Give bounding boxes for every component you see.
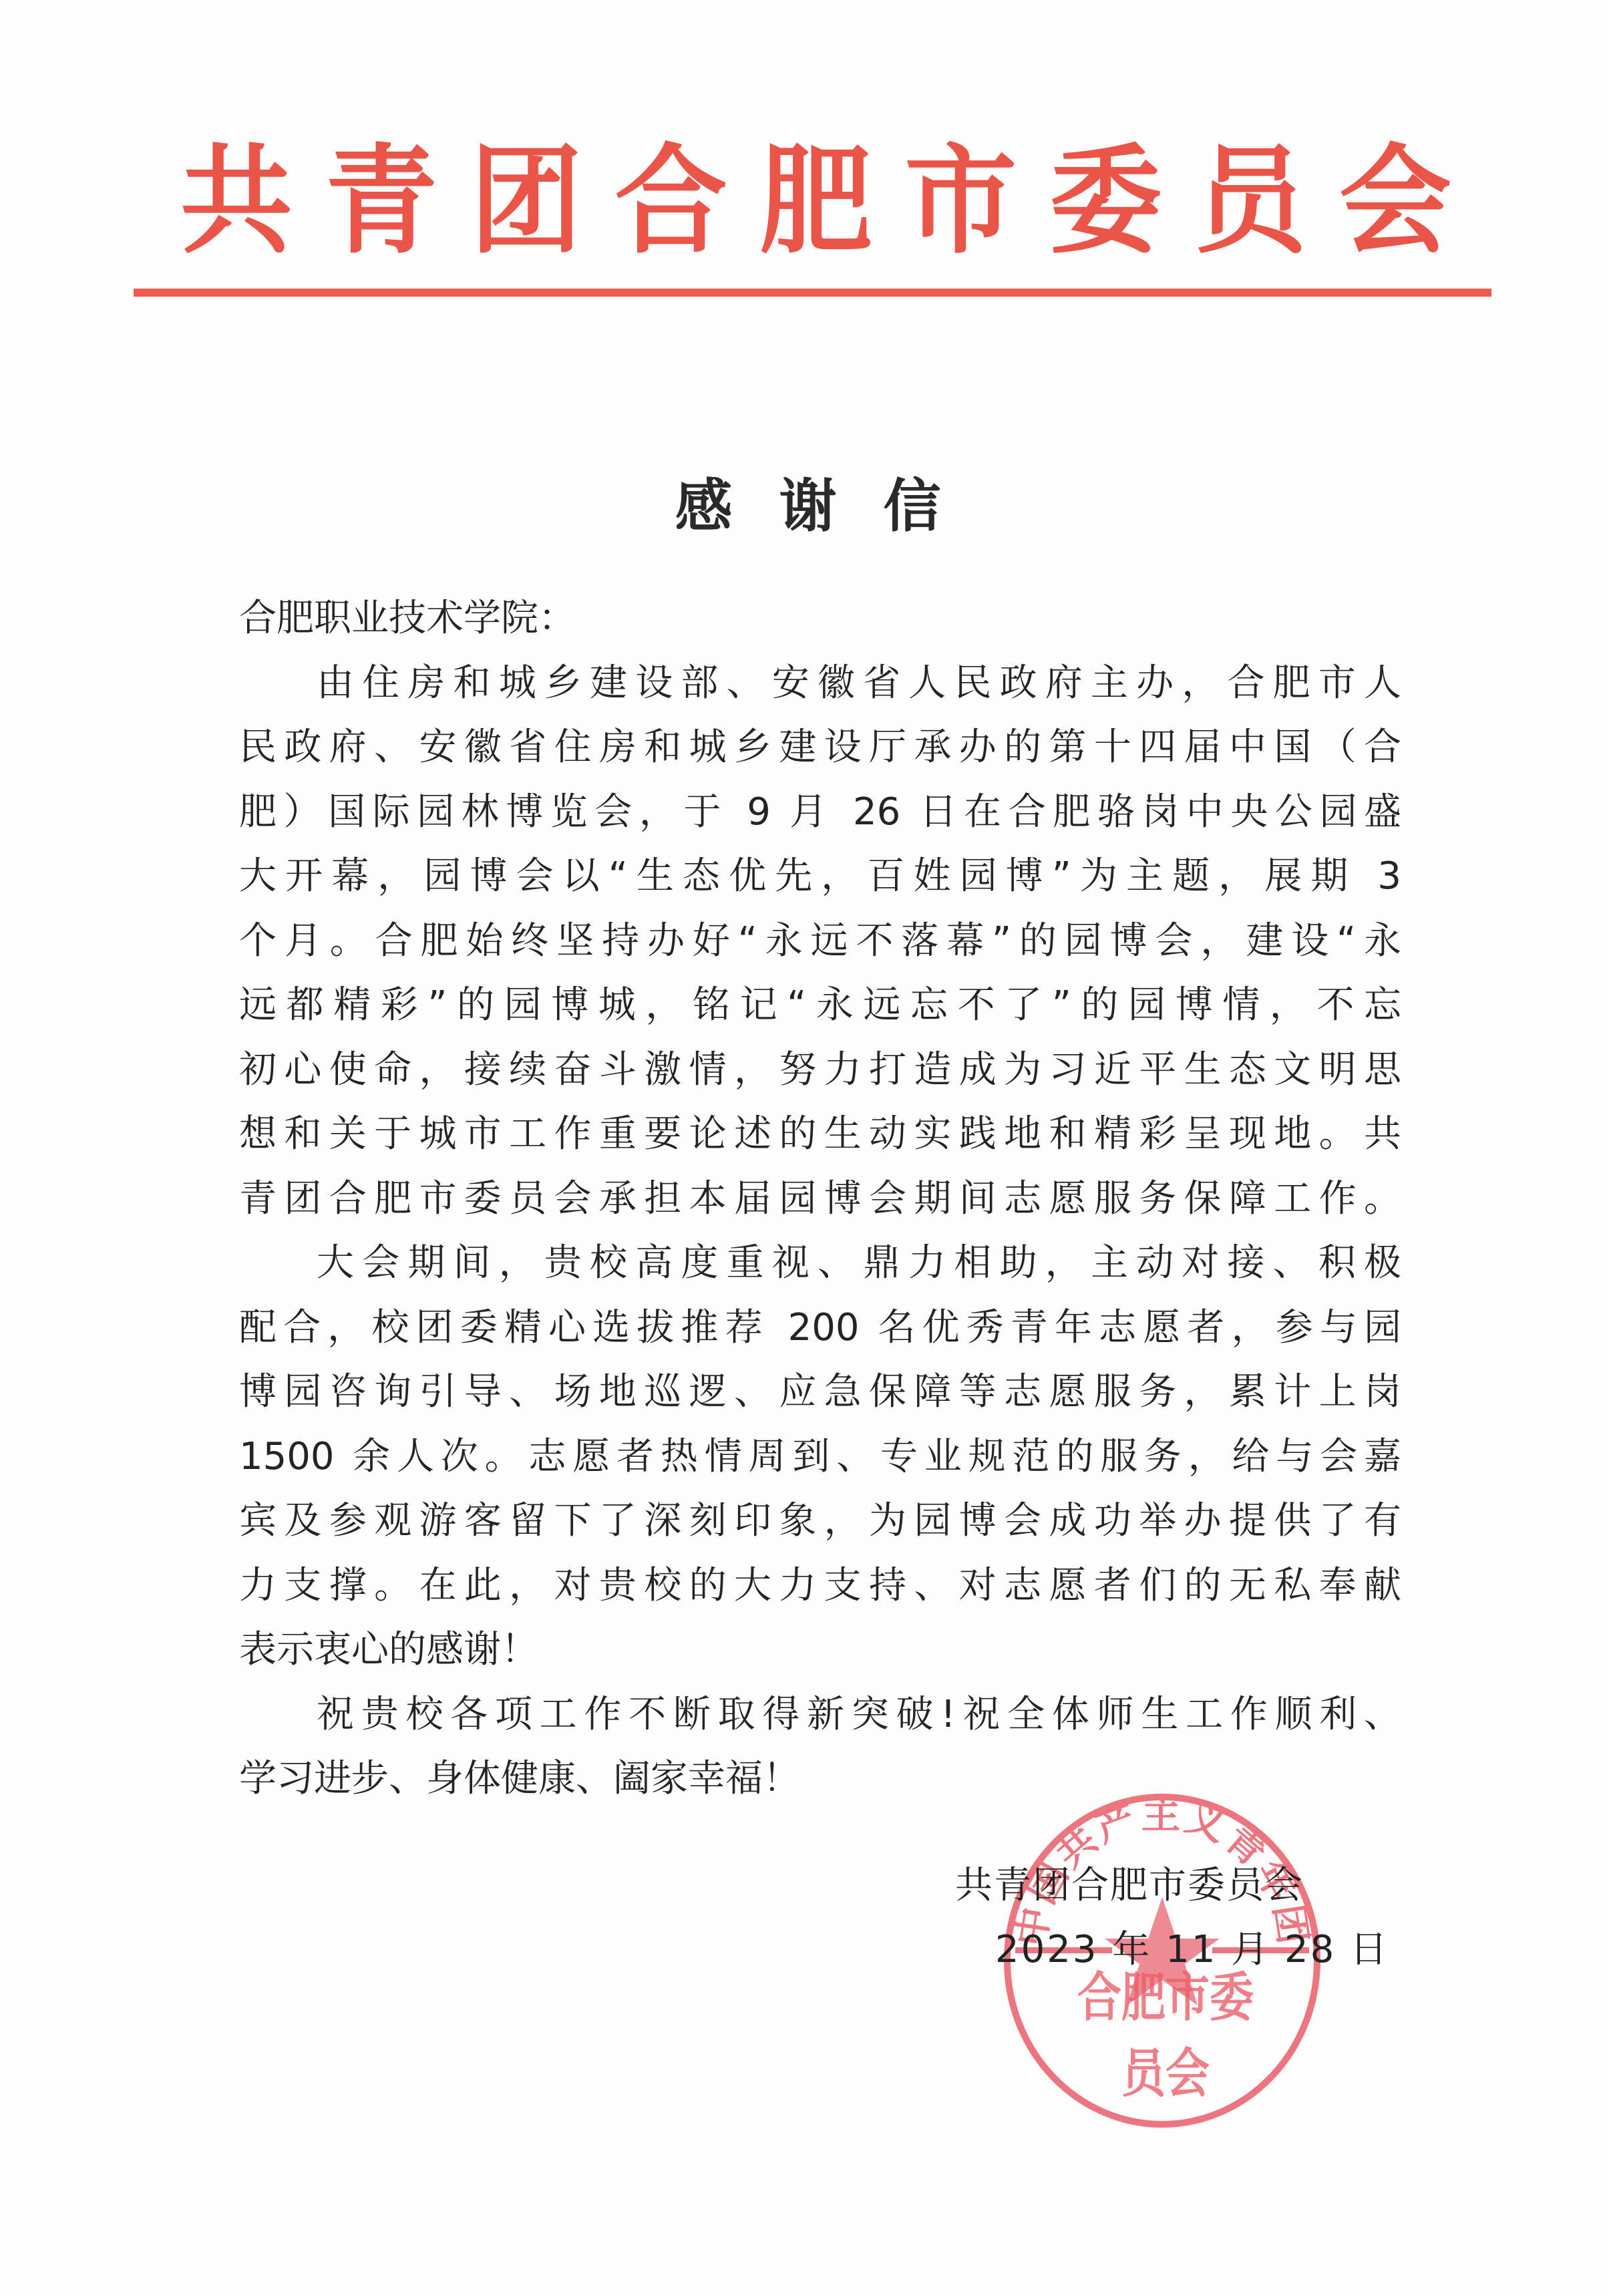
paragraph-line: 大开幕，园博会以“生态优先，百姓园博”为主题，展期 3 (239, 844, 1401, 909)
paragraph-line: 配合，校团委精心选拔推荐 200 名优秀青年志愿者，参与园 (239, 1296, 1401, 1361)
paragraph-line: 肥）国际园林博览会，于 9 月 26 日在合肥骆岗中央公园盛 (239, 780, 1401, 845)
document-title: 感谢信 (0, 478, 1609, 535)
paragraph-line: 初心使命，接续奋斗激情，努力打造成为习近平生态文明思 (239, 1038, 1401, 1103)
letterhead-char: 会 (1339, 142, 1451, 259)
signature-date: 2023 年 11 月 28 日 (955, 1918, 1389, 1982)
letterhead-char: 合 (615, 142, 727, 259)
paragraph-line: 民政府、安徽省住房和城乡建设厅承办的第十四届中国（合 (239, 715, 1401, 780)
letterhead-char: 团 (470, 142, 582, 259)
paragraph-line: 青团合肥市委员会承担本届园博会期间志愿服务保障工作。 (239, 1167, 1401, 1232)
paragraph-line: 想和关于城市工作重要论述的生动实践地和精彩呈现地。共 (239, 1102, 1401, 1167)
paragraph-line: 远都精彩”的园博城，铭记“永远忘不了”的园博情，不忘 (239, 973, 1401, 1038)
letterhead-char: 青 (325, 142, 437, 259)
signature-org: 共青团合肥市委员会 (955, 1854, 1389, 1918)
letter-body: 合肥职业技术学院： 由住房和城乡建设部、安徽省人民政府主办，合肥市人 民政府、安… (239, 587, 1401, 1812)
letterhead: 共 青 团 合 肥 市 委 员 会 (134, 134, 1491, 267)
paragraph-line: 博园咨询引导、场地巡逻、应急保障等志愿服务，累计上岗 (239, 1360, 1401, 1425)
paragraph-line: 宾及参观游客留下了深刻印象，为园博会成功举办提供了有 (239, 1489, 1401, 1554)
letterhead-char: 员 (1194, 142, 1306, 259)
paragraph-line: 1500 余人次。志愿者热情周到、专业规范的服务，给与会嘉 (239, 1425, 1401, 1490)
paragraph-line: 表示衷心的感谢！ (239, 1618, 1401, 1683)
letterhead-char: 共 (180, 142, 293, 259)
salutation: 合肥职业技术学院： (239, 587, 1401, 651)
paragraph-line: 个月。合肥始终坚持办好“永远不落幕”的园博会，建设“永 (239, 909, 1401, 974)
paragraph-line: 由住房和城乡建设部、安徽省人民政府主办，合肥市人 (239, 651, 1401, 716)
signature-block: 共青团合肥市委员会 2023 年 11 月 28 日 (955, 1854, 1389, 1982)
paragraph-line: 大会期间，贵校高度重视、鼎力相助，主动对接、积极 (239, 1231, 1401, 1296)
letterhead-char: 委 (1049, 142, 1161, 259)
letterhead-char: 市 (904, 142, 1017, 259)
paragraph-line: 力支撑。在此，对贵校的大力支持、对志愿者们的无私奉献 (239, 1554, 1401, 1619)
letterhead-char: 肥 (760, 142, 872, 259)
letterhead-divider (134, 289, 1491, 297)
paragraph-line: 祝贵校各项工作不断取得新突破!祝全体师生工作顺利、 (239, 1683, 1401, 1748)
